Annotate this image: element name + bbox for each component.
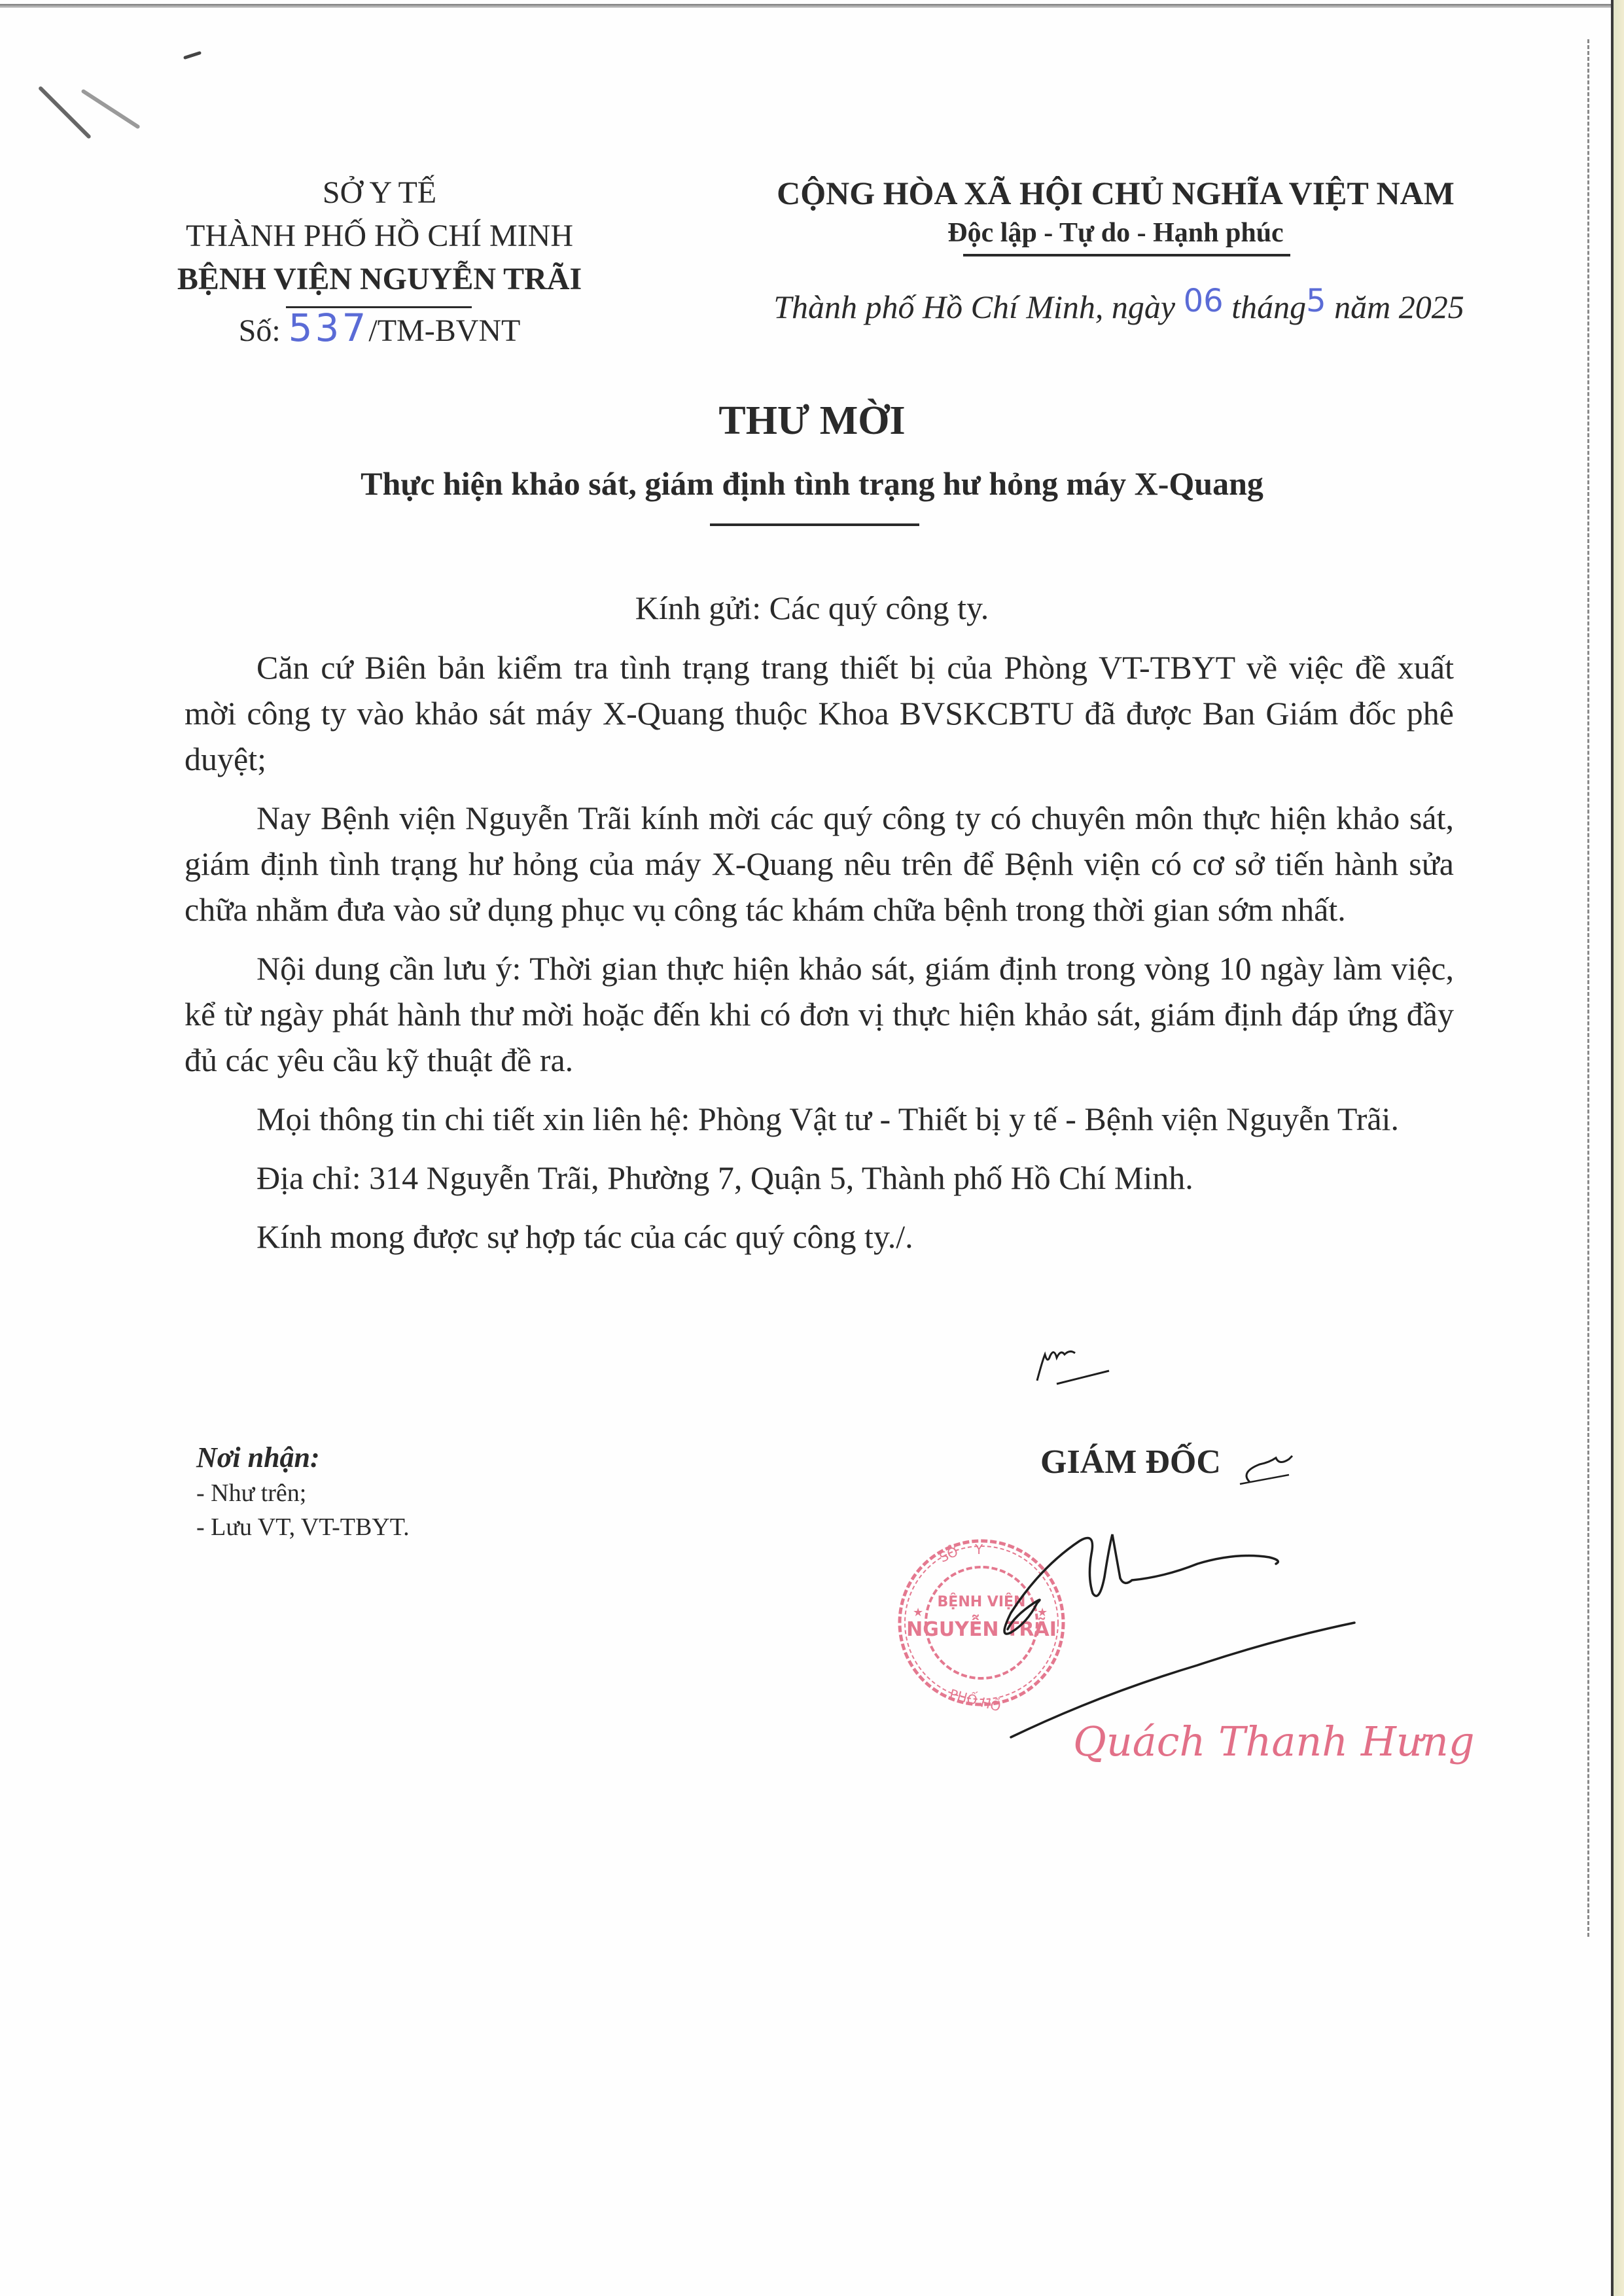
doc-number-handwritten: 537 xyxy=(289,306,369,350)
hospital-underlined: VIỆN NGUYỄN xyxy=(274,262,496,296)
body-paragraph: Nội dung cần lưu ý: Thời gian thực hiện … xyxy=(185,945,1454,1083)
title-initials-icon xyxy=(1240,1456,1292,1484)
country-name: CỘNG HÒA XÃ HỘI CHỦ NGHĨA VIỆT NAM xyxy=(723,171,1508,215)
svg-text:Y: Y xyxy=(974,1542,983,1557)
recipient-item: - Như trên; xyxy=(196,1476,654,1510)
svg-text:★: ★ xyxy=(913,1606,923,1619)
issuer-block: SỞ Y TẾ THÀNH PHỐ HỒ CHÍ MINH BỆNH VIỆN … xyxy=(144,171,615,353)
date-year: năm 2025 xyxy=(1326,289,1464,325)
svg-text:NGUYỄN TRÃI: NGUYỄN TRÃI xyxy=(906,1614,1057,1641)
document-title: THƯ MỜI xyxy=(0,398,1624,444)
letter-body: Căn cứ Biên bản kiểm tra tình trạng tran… xyxy=(185,645,1454,1273)
signer-name: Quách Thanh Hưng xyxy=(1073,1718,1475,1765)
date-prefix: Thành phố Hồ Chí Minh, ngày xyxy=(773,289,1183,325)
issuer-underline xyxy=(286,306,472,308)
issuer-hospital: BỆNH VIỆN NGUYỄN TRÃI xyxy=(144,258,615,301)
hospital-suffix: TRÃI xyxy=(496,262,582,296)
svg-text:BỆNH VIỆN: BỆNH VIỆN xyxy=(938,1593,1026,1610)
hospital-prefix: BỆNH xyxy=(177,262,274,296)
doc-number-label: Số: xyxy=(239,313,289,348)
date-day: 06 xyxy=(1184,283,1224,319)
svg-text:PHỐ HỒ: PHỐ HỒ xyxy=(948,1685,1003,1715)
issuer-city: THÀNH PHỐ HỒ CHÍ MINH xyxy=(144,215,615,258)
official-stamp-icon: BỆNH VIỆN NGUYỄN TRÃI SỞ Y ★ ★ PHỐ HỒ xyxy=(900,1541,1063,1715)
body-paragraph: Mọi thông tin chi tiết xin liên hệ: Phòn… xyxy=(185,1096,1454,1142)
svg-text:★: ★ xyxy=(1037,1606,1048,1619)
motto-underline xyxy=(963,254,1290,256)
salutation: Kính gửi: Các quý công ty. xyxy=(0,589,1624,627)
national-motto: Độc lập - Tự do - Hạnh phúc xyxy=(723,215,1508,251)
page-top-edge xyxy=(0,4,1611,8)
body-paragraph: Kính mong được sự hợp tác của các quý cô… xyxy=(185,1214,1454,1260)
body-paragraph: Nay Bệnh viện Nguyễn Trãi kính mời các q… xyxy=(185,795,1454,932)
document-number: Số: 537/TM-BVNT xyxy=(144,306,615,353)
document-subtitle: Thực hiện khảo sát, giám định tình trạng… xyxy=(0,465,1624,503)
date-month: 5 xyxy=(1306,283,1326,319)
national-header: CỘNG HÒA XÃ HỘI CHỦ NGHĨA VIỆT NAM Độc l… xyxy=(723,171,1508,251)
scanner-edge xyxy=(1611,0,1624,2296)
body-paragraph: Căn cứ Biên bản kiểm tra tình trạng tran… xyxy=(185,645,1454,782)
issuer-department: SỞ Y TẾ xyxy=(144,171,615,215)
scan-artifact-line xyxy=(1587,39,1589,1937)
body-paragraph: Địa chỉ: 314 Nguyễn Trãi, Phường 7, Quận… xyxy=(185,1155,1454,1201)
initials-mark-icon xyxy=(1031,1335,1116,1387)
recipients-label: Nơi nhận: xyxy=(196,1439,654,1476)
date-month-label: tháng xyxy=(1224,289,1306,325)
recipients-block: Nơi nhận: - Như trên; - Lưu VT, VT-TBYT. xyxy=(196,1439,654,1544)
doc-number-suffix: /TM-BVNT xyxy=(368,313,520,348)
recipient-item: - Lưu VT, VT-TBYT. xyxy=(196,1510,654,1544)
title-underline xyxy=(710,523,919,526)
issue-date: Thành phố Hồ Chí Minh, ngày 06 tháng5 nă… xyxy=(733,288,1505,326)
